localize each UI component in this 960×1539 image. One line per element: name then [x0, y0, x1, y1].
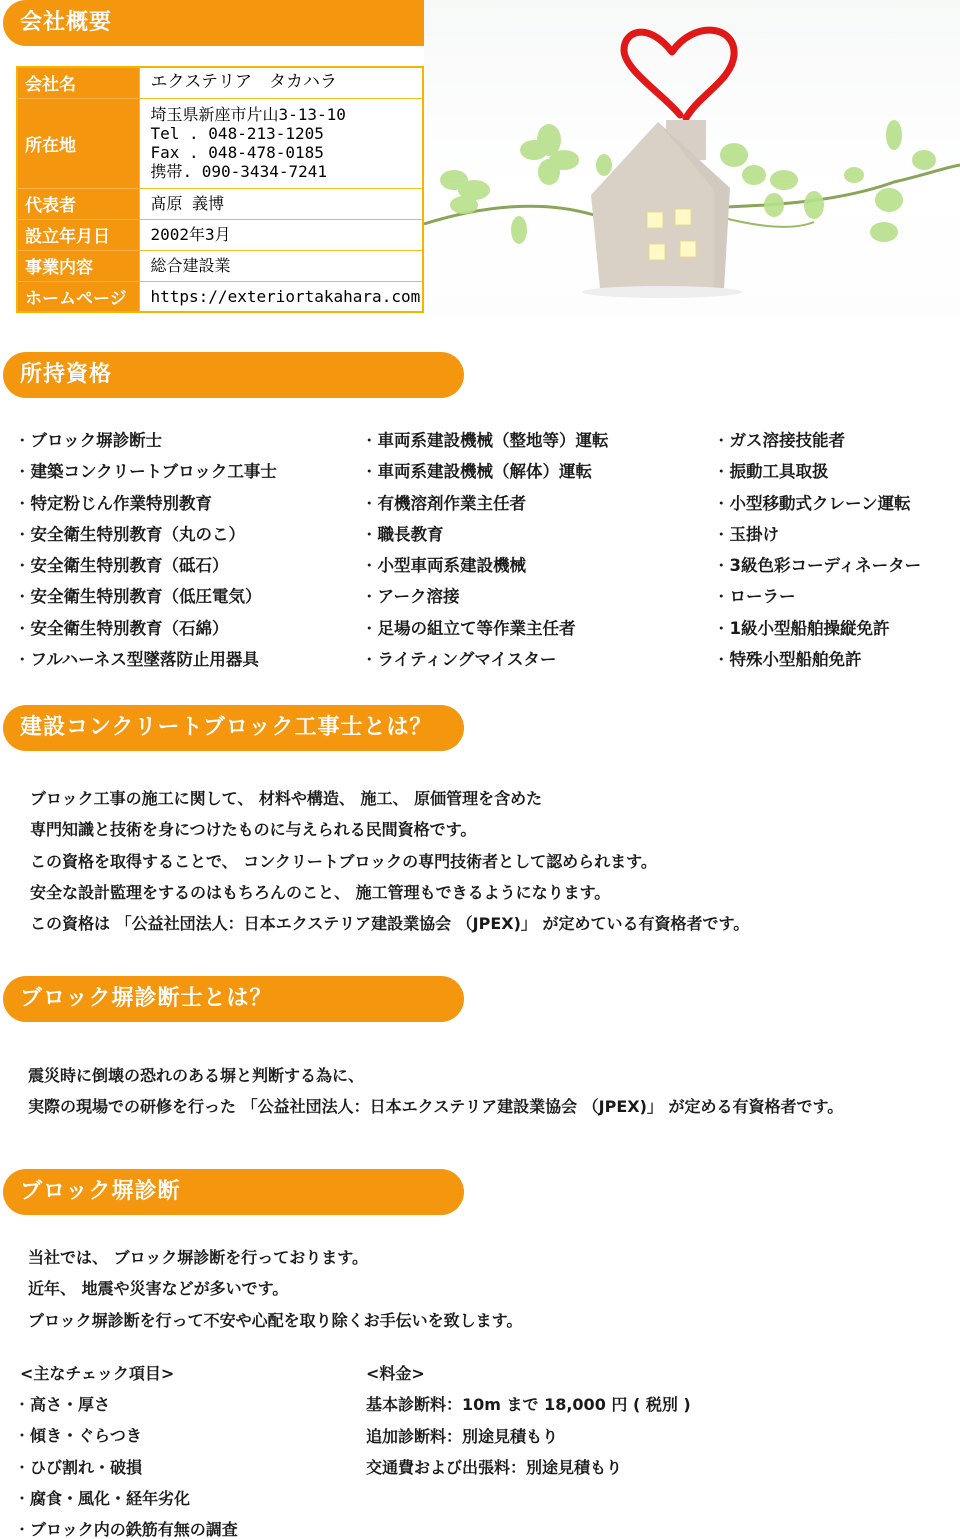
list-item: 安全衛生特別教育（砥石） [14, 550, 277, 581]
list-item: 安全衛生特別教育（丸のこ） [14, 519, 277, 550]
qualifications-column-3: ガス溶接技能者 振動工具取扱 小型移動式クレーン運転 玉掛け 3級色彩コーディネ… [713, 425, 921, 675]
list-item: 車両系建設機械（整地等）運転 [361, 425, 609, 456]
paragraph-line: ブロック工事の施工に関して、 材料や構造、 施工、 原価管理を含めた [30, 783, 749, 814]
list-item: 高さ・厚さ [14, 1389, 238, 1420]
paragraph-line: この資格は 「公益社団法人：日本エクステリア建設業協会 （JPEX)」 が定めて… [30, 908, 749, 939]
paragraph-line: 近年、 地震や災害などが多いです。 [28, 1273, 522, 1304]
list-item: 特殊小型船舶免許 [713, 644, 921, 675]
list-item: ライティングマイスター [361, 644, 609, 675]
paragraph-line: 震災時に倒壊の恐れのある塀と判断する為に、 [28, 1060, 843, 1091]
list-item: 足場の組立て等作業主任者 [361, 613, 609, 644]
section-title: 会社概要 [20, 10, 112, 35]
block-worker-description: ブロック工事の施工に関して、 材料や構造、 施工、 原価管理を含めた 専門知識と… [30, 783, 749, 939]
list-item: 玉掛け [713, 519, 921, 550]
paragraph-line: ブロック塀診断を行って不安や心配を取り除くお手伝いを致します。 [28, 1305, 522, 1336]
table-row: 所在地 埼玉県新座市片山3-13-10 Tel . 048-213-1205 F… [17, 98, 423, 188]
list-item: 有機溶剤作業主任者 [361, 488, 609, 519]
list-item: 1級小型船舶操縦免許 [713, 613, 921, 644]
list-item: 3級色彩コーディネーター [713, 550, 921, 581]
table-row: ホームページ https://exteriortakahara.com [17, 281, 423, 312]
paragraph-line: 安全な設計監理をするのはもちろんのこと、 施工管理もできるようになります。 [30, 877, 749, 908]
list-item: 職長教育 [361, 519, 609, 550]
section-title: ブロック塀診断 [20, 1179, 181, 1204]
fees-list: <料金> 基本診断料：10m まで 18,000 円 ( 税別 ) 追加診断料：… [366, 1358, 691, 1483]
qualifications-column-1: ブロック塀診断士 建築コンクリートブロック工事士 特定粉じん作業特別教育 安全衛… [14, 425, 277, 675]
wall-diagnostician-description: 震災時に倒壊の恐れのある塀と判断する為に、 実際の現場での研修を行った 「公益社… [28, 1060, 843, 1123]
list-item: 建築コンクリートブロック工事士 [14, 456, 277, 487]
list-item: ブロック塀診断士 [14, 425, 277, 456]
fee-item: 交通費および出張料：別途見積もり [366, 1452, 691, 1483]
list-item: 小型車両系建設機械 [361, 550, 609, 581]
list-item: ローラー [713, 581, 921, 612]
homepage-link[interactable]: https://exteriortakahara.com [139, 281, 423, 312]
list-item: アーク溶接 [361, 581, 609, 612]
company-info-table: 会社名 エクステリア タカハラ 所在地 埼玉県新座市片山3-13-10 Tel … [16, 66, 424, 313]
mobile-line: 携帯. 090-3434-7241 [151, 162, 423, 181]
house-with-heart-image [424, 0, 960, 316]
paragraph-line: この資格を取得することで、 コンクリートブロックの専門技術者として認められます。 [30, 846, 749, 877]
list-item: 安全衛生特別教育（低圧電気） [14, 581, 277, 612]
section-banner-qualifications: 所持資格 [3, 352, 464, 398]
address-line: 埼玉県新座市片山3-13-10 [151, 105, 423, 124]
section-banner-block-worker: 建設コンクリートブロック工事士とは？ [3, 705, 464, 751]
tel-line: Tel . 048-213-1205 [151, 124, 423, 143]
wall-diagnosis-description: 当社では、 ブロック塀診断を行っております。 近年、 地震や災害などが多いです。… [28, 1242, 522, 1336]
list-item: ひび割れ・破損 [14, 1452, 238, 1483]
section-title: 建設コンクリートブロック工事士とは？ [20, 715, 432, 740]
table-row: 設立年月日 2002年3月 [17, 219, 423, 250]
fee-item: 追加診断料：別途見積もり [366, 1421, 691, 1452]
section-title: ブロック塀診断士とは？ [20, 986, 273, 1011]
list-item: 腐食・風化・経年劣化 [14, 1483, 238, 1514]
list-item: ブロック内の鉄筋有無の調査 [14, 1514, 238, 1539]
section-banner-wall-diagnosis: ブロック塀診断 [3, 1169, 464, 1215]
row-label: 設立年月日 [17, 219, 139, 250]
founded-value: 2002年3月 [139, 219, 423, 250]
qualifications-column-2: 車両系建設機械（整地等）運転 車両系建設機械（解体）運転 有機溶剤作業主任者 職… [361, 425, 609, 675]
table-row: 事業内容 総合建設業 [17, 250, 423, 281]
fax-line: Fax . 048-478-0185 [151, 143, 423, 162]
representative-value: 髙原 義博 [139, 188, 423, 219]
address-value: 埼玉県新座市片山3-13-10 Tel . 048-213-1205 Fax .… [139, 98, 423, 188]
list-item: 特定粉じん作業特別教育 [14, 488, 277, 519]
section-banner-wall-diagnostician: ブロック塀診断士とは？ [3, 976, 464, 1022]
check-items: 高さ・厚さ 傾き・ぐらつき ひび割れ・破損 腐食・風化・経年劣化 ブロック内の鉄… [14, 1389, 238, 1539]
row-label: 会社名 [17, 67, 139, 98]
row-label: 代表者 [17, 188, 139, 219]
paragraph-line: 当社では、 ブロック塀診断を行っております。 [28, 1242, 522, 1273]
list-item: 車両系建設機械（解体）運転 [361, 456, 609, 487]
check-items-list: <主なチェック項目> [18, 1358, 174, 1389]
list-item: 傾き・ぐらつき [14, 1420, 238, 1451]
list-item: 安全衛生特別教育（石綿） [14, 613, 277, 644]
list-item: フルハーネス型墜落防止用器具 [14, 644, 277, 675]
table-row: 会社名 エクステリア タカハラ [17, 67, 423, 98]
row-label: 所在地 [17, 98, 139, 188]
business-value: 総合建設業 [139, 250, 423, 281]
row-label: ホームページ [17, 281, 139, 312]
section-title: 所持資格 [20, 362, 112, 387]
paragraph-line: 専門知識と技術を身につけたものに与えられる民間資格です。 [30, 814, 749, 845]
list-item: 振動工具取扱 [713, 456, 921, 487]
list-item: ガス溶接技能者 [713, 425, 921, 456]
paragraph-line: 実際の現場での研修を行った 「公益社団法人：日本エクステリア建設業協会 （JPE… [28, 1091, 843, 1122]
section-banner-company-overview: 会社概要 [3, 0, 464, 46]
company-name-value: エクステリア タカハラ [139, 67, 423, 98]
fees-heading: <料金> [366, 1358, 691, 1389]
list-item: 小型移動式クレーン運転 [713, 488, 921, 519]
check-items-heading: <主なチェック項目> [18, 1358, 174, 1389]
fee-item: 基本診断料：10m まで 18,000 円 ( 税別 ) [366, 1389, 691, 1420]
row-label: 事業内容 [17, 250, 139, 281]
table-row: 代表者 髙原 義博 [17, 188, 423, 219]
